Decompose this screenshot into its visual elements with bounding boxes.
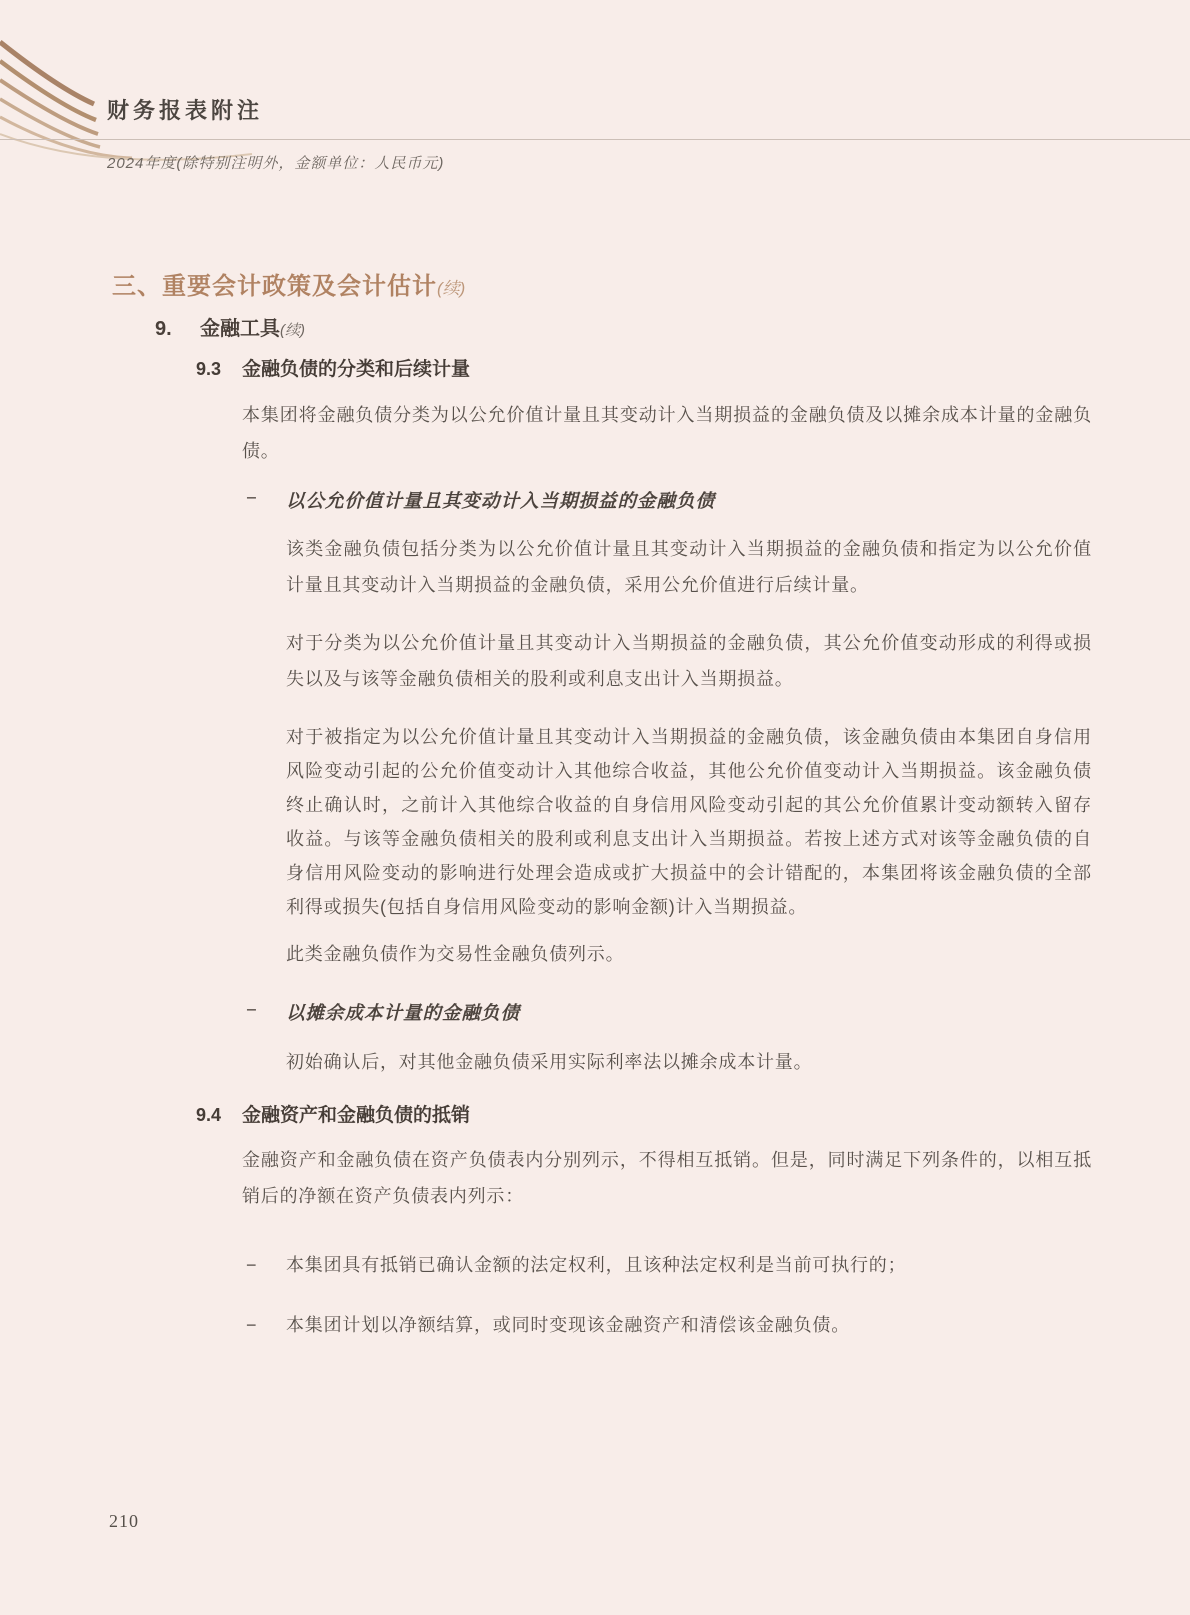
header-divider [0, 139, 1190, 140]
dash-icon: − [246, 487, 286, 513]
paragraph-9-3-intro: 本集团将金融负债分类为以公允价值计量且其变动计入当期损益的金融负债及以摊余成本计… [242, 397, 1092, 469]
subsection-9-4-title: 金融资产和金融负债的抵销 [242, 1105, 470, 1126]
subsection-9-title: 金融工具 [200, 318, 280, 340]
section-heading: 三、重要会计政策及会计估计(续) [112, 266, 465, 301]
paragraph-9-4-intro: 金融资产和金融负债在资产负债表内分别列示，不得相互抵销。但是，同时满足下列条件的… [242, 1142, 1092, 1214]
dash-icon: − [246, 1307, 286, 1343]
paragraph-fvtpl-1: 该类金融负债包括分类为以公允价值计量且其变动计入当期损益的金融负债和指定为以公允… [286, 531, 1092, 603]
paragraph-fvtpl-3: 对于被指定为以公允价值计量且其变动计入当期损益的金融负债，该金融负债由本集团自身… [286, 720, 1092, 924]
offset-condition-2: − 本集团计划以净额结算，或同时变现该金融资产和清偿该金融负债。 [246, 1307, 1092, 1343]
page-number: 210 [109, 1511, 139, 1532]
subsection-9-4-number: 9.4 [196, 1105, 242, 1126]
subsection-9-3-number: 9.3 [196, 359, 242, 380]
page-subtitle: 2024年度(除特别注明外，金额单位：人民币元) [107, 152, 444, 173]
bullet-amortised-cost-title: 以摊余成本计量的金融负债 [286, 999, 520, 1025]
bullet-fvtpl-title: 以公允价值计量且其变动计入当期损益的金融负债 [286, 487, 715, 513]
paragraph-fvtpl-4: 此类金融负债作为交易性金融负债列示。 [286, 936, 1092, 972]
offset-condition-2-text: 本集团计划以净额结算，或同时变现该金融资产和清偿该金融负债。 [286, 1307, 850, 1343]
subsection-9-3-title: 金融负债的分类和后续计量 [242, 359, 470, 380]
subsection-9-number: 9. [155, 318, 200, 341]
paragraph-fvtpl-2: 对于分类为以公允价值计量且其变动计入当期损益的金融负债，其公允价值变动形成的利得… [286, 625, 1092, 697]
dash-icon: − [246, 1247, 286, 1283]
decorative-swoosh-icon [0, 16, 260, 166]
page-title: 财务报表附注 [107, 94, 263, 125]
subsection-9-4-heading: 9.4金融资产和金融负债的抵销 [196, 1100, 470, 1127]
offset-condition-1: − 本集团具有抵销已确认金额的法定权利，且该种法定权利是当前可执行的； [246, 1247, 1092, 1283]
subsection-9-heading: 9.金融工具(续) [155, 312, 305, 341]
offset-condition-1-text: 本集团具有抵销已确认金额的法定权利，且该种法定权利是当前可执行的； [286, 1247, 906, 1283]
dash-icon: − [246, 999, 286, 1025]
subsection-9-continued-label: (续) [280, 322, 305, 339]
section-continued-label: (续) [437, 279, 465, 298]
document-page: 财务报表附注 2024年度(除特别注明外，金额单位：人民币元) 三、重要会计政策… [0, 0, 1190, 1615]
bullet-amortised-cost-liabilities: − 以摊余成本计量的金融负债 [246, 999, 520, 1025]
paragraph-amortised-cost: 初始确认后，对其他金融负债采用实际利率法以摊余成本计量。 [286, 1044, 1092, 1080]
bullet-fvtpl-liabilities: − 以公允价值计量且其变动计入当期损益的金融负债 [246, 487, 715, 513]
section-heading-text: 三、重要会计政策及会计估计 [112, 273, 437, 300]
subsection-9-3-heading: 9.3金融负债的分类和后续计量 [196, 354, 470, 381]
